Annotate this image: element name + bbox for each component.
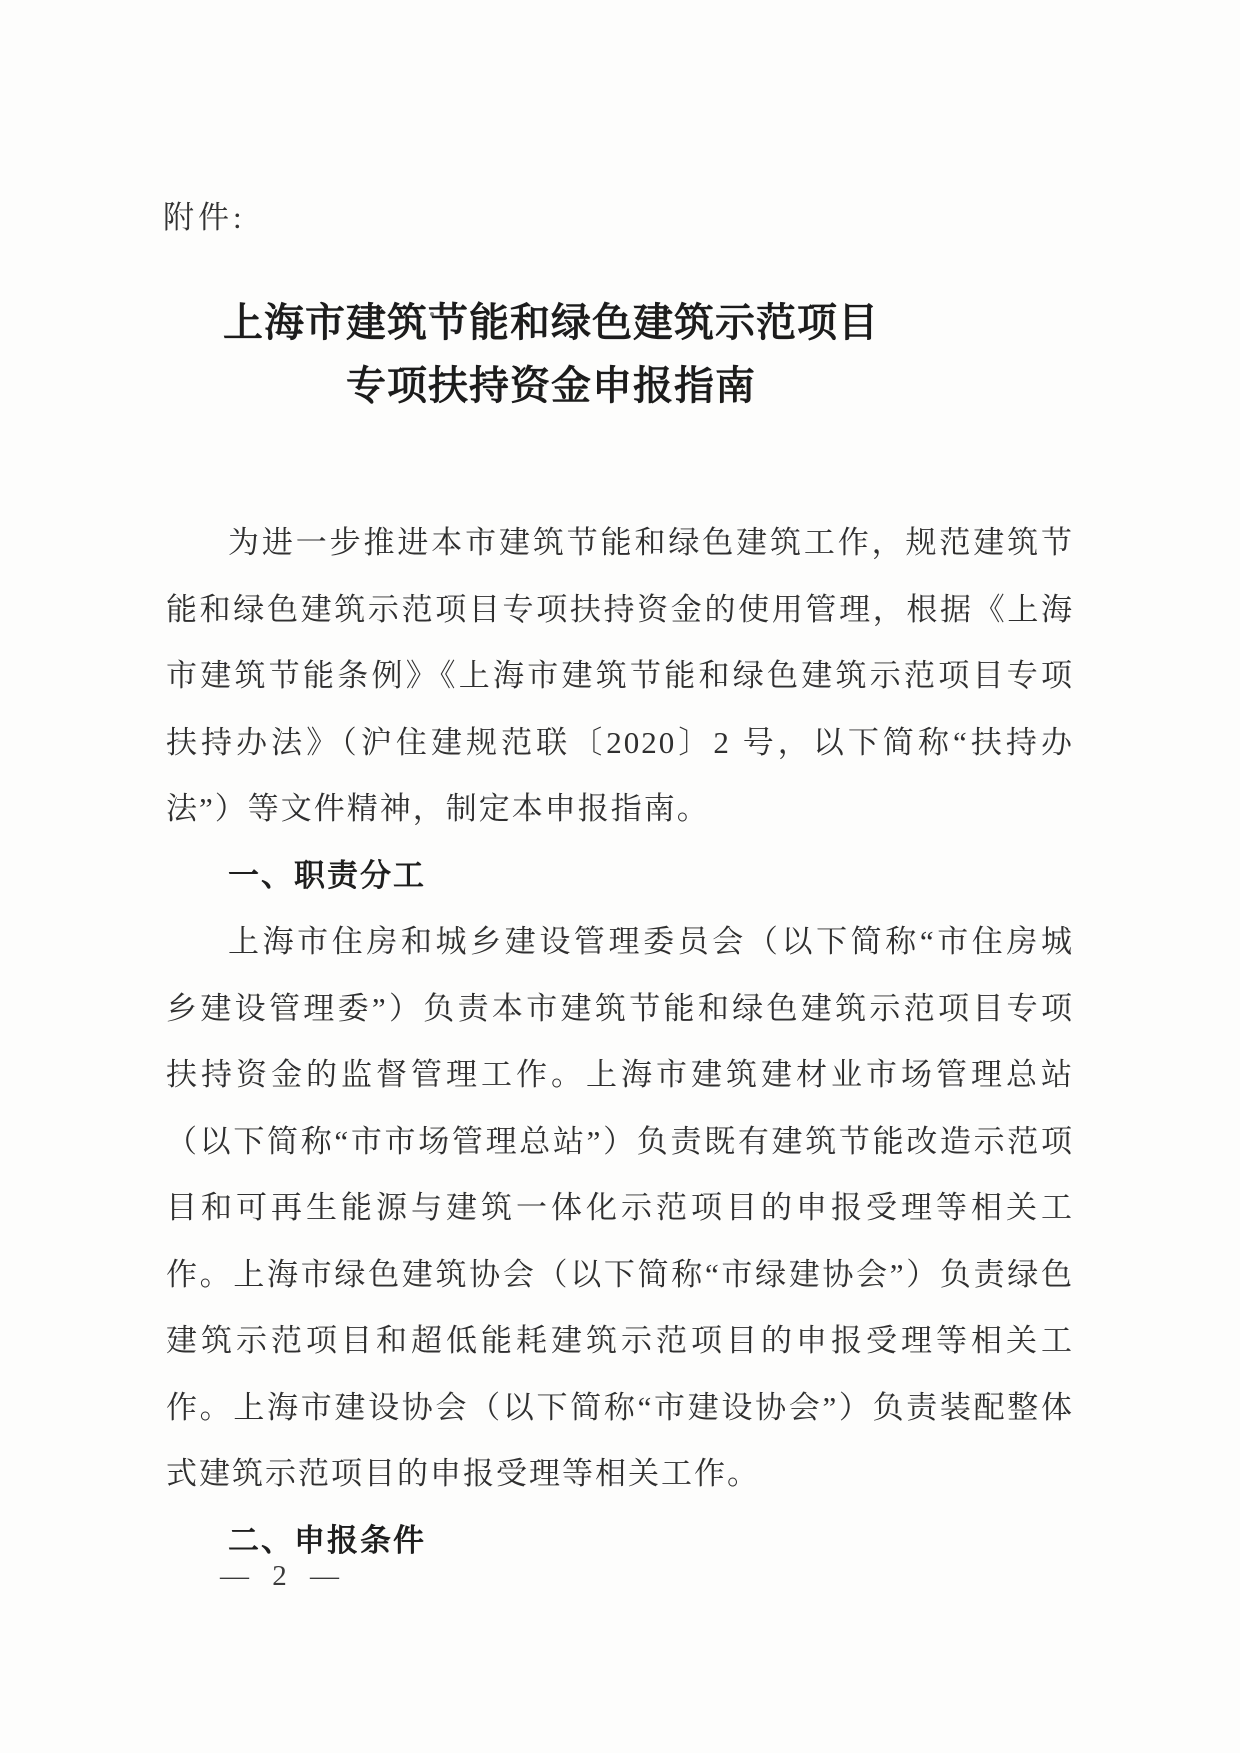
body-line: 上海市住房和城乡建设管理委员会（以下简称“市住房城 <box>166 909 1074 976</box>
body-line: 能和绿色建筑示范项目专项扶持资金的使用管理，根据《上海 <box>166 577 1074 644</box>
body-line: 式建筑示范项目的申报受理等相关工作。 <box>166 1441 1074 1508</box>
scanned-document-page: 附件: 上海市建筑节能和绿色建筑示范项目 专项扶持资金申报指南 为进一步推进本市… <box>0 0 1240 1753</box>
document-title-line-1: 上海市建筑节能和绿色建筑示范项目 <box>0 292 1102 355</box>
body-line: 建筑示范项目和超低能耗建筑示范项目的申报受理等相关工 <box>166 1308 1074 1375</box>
page-number: — 2 — <box>220 1560 347 1593</box>
body-line: 作。上海市建设协会（以下简称“市建设协会”）负责装配整体 <box>166 1375 1074 1442</box>
document-body: 为进一步推进本市建筑节能和绿色建筑工作，规范建筑节 能和绿色建筑示范项目专项扶持… <box>166 510 1074 1574</box>
document-title: 上海市建筑节能和绿色建筑示范项目 专项扶持资金申报指南 <box>0 292 1102 418</box>
body-line: 为进一步推进本市建筑节能和绿色建筑工作，规范建筑节 <box>166 510 1074 577</box>
body-line: 扶持办法》（沪住建规范联〔2020〕2 号，以下简称“扶持办 <box>166 710 1074 777</box>
body-line: 扶持资金的监督管理工作。上海市建筑建材业市场管理总站 <box>166 1042 1074 1109</box>
body-line: 目和可再生能源与建筑一体化示范项目的申报受理等相关工 <box>166 1175 1074 1242</box>
attachment-label: 附件: <box>163 192 246 237</box>
body-line: 作。上海市绿色建筑协会（以下简称“市绿建协会”）负责绿色 <box>166 1242 1074 1309</box>
document-title-line-2: 专项扶持资金申报指南 <box>0 355 1102 418</box>
section-heading-1: 一、职责分工 <box>166 843 1074 910</box>
body-line: 法”）等文件精神，制定本申报指南。 <box>166 776 1074 843</box>
body-line: 乡建设管理委”）负责本市建筑节能和绿色建筑示范项目专项 <box>166 976 1074 1043</box>
body-line: 市建筑节能条例》《上海市建筑节能和绿色建筑示范项目专项 <box>166 643 1074 710</box>
body-line: （以下简称“市市场管理总站”）负责既有建筑节能改造示范项 <box>166 1109 1074 1176</box>
